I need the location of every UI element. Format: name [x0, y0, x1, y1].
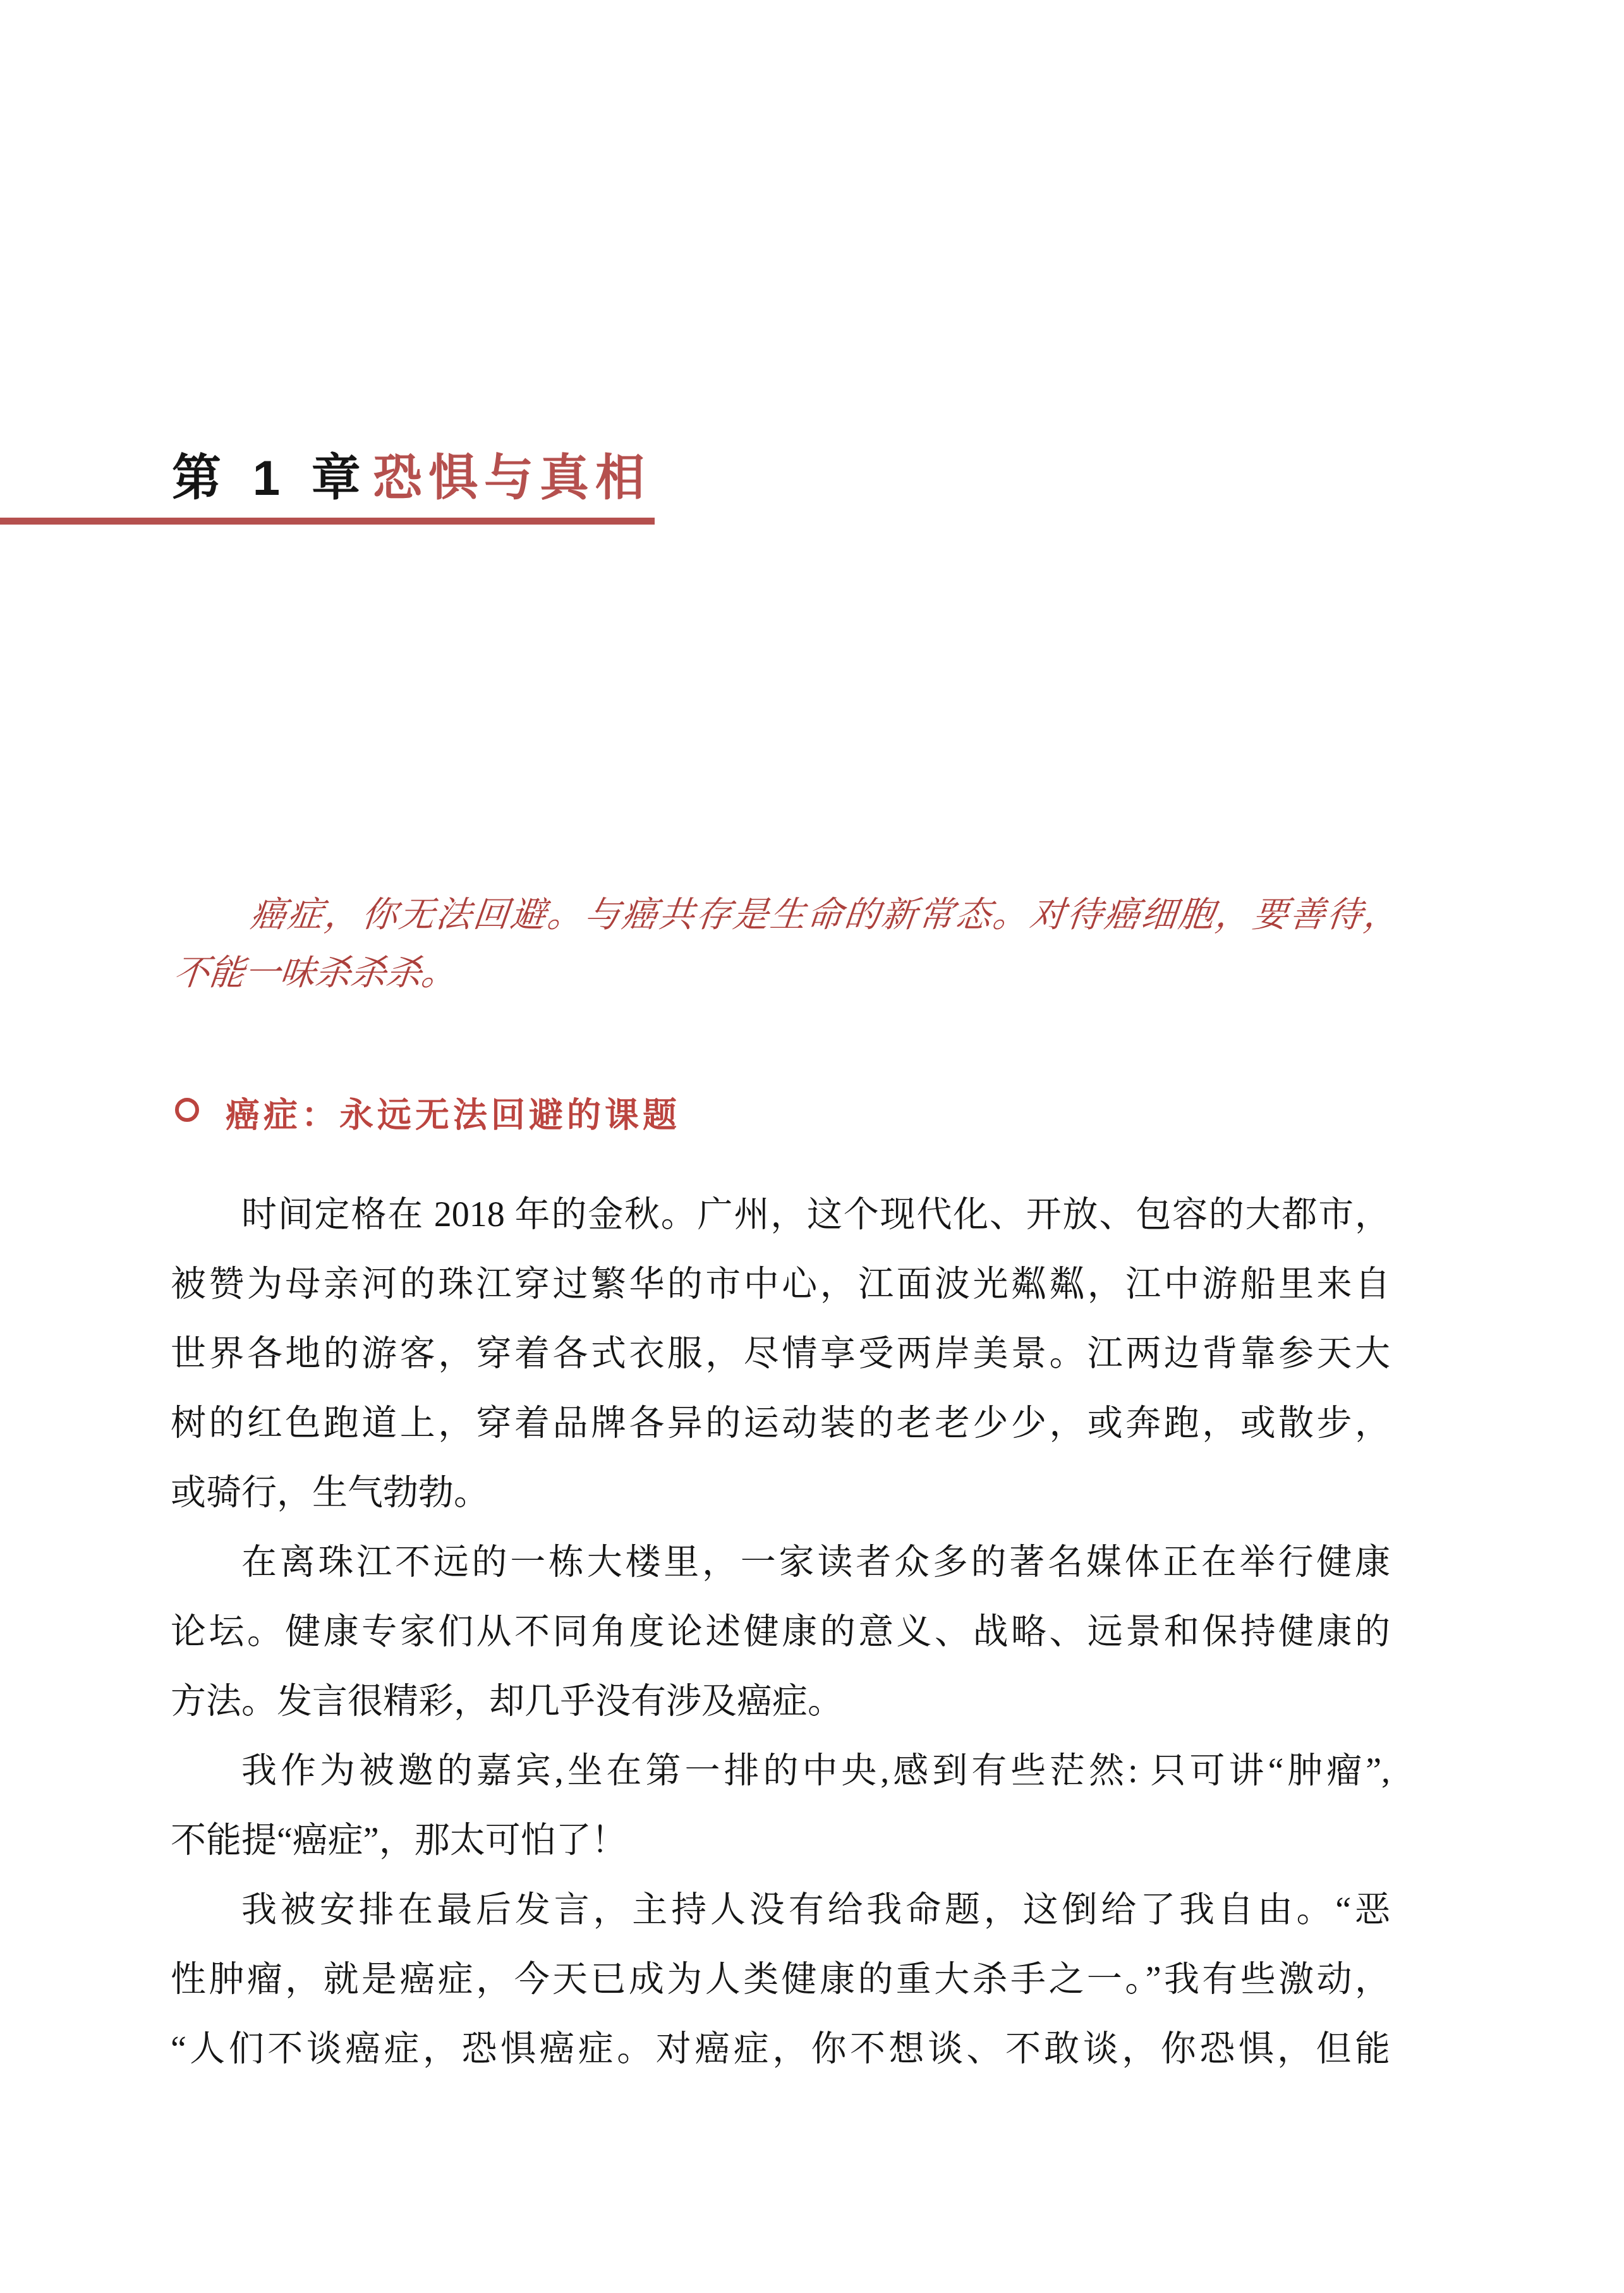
- chapter-rule-divider: [0, 518, 655, 525]
- paragraph-line: 我作为被邀的嘉宾,坐在第一排的中央,感到有些茫然: 只可讲“肿瘤”,: [171, 1736, 1390, 1806]
- paragraph-line: 世界各地的游客，穿着各式衣服，尽情享受两岸美景。江两边背靠参天大: [171, 1319, 1390, 1389]
- section-title: 癌症：永远无法回避的课题: [226, 1088, 681, 1137]
- paragraph-line: 方法。发言很精彩，却几乎没有涉及癌症。: [171, 1667, 1390, 1736]
- paragraph-line: 论坛。健康专家们从不同角度论述健康的意义、战略、远景和保持健康的: [171, 1597, 1390, 1667]
- paragraph-line: 不能提“癌症”，那太可怕了！: [171, 1806, 1390, 1875]
- body-text: 时间定格在 2018 年的金秋。广州，这个现代化、开放、包容的大都市， 被赞为母…: [171, 1180, 1390, 2084]
- epigraph: 癌症，你无法回避。与癌共存是生命的新常态。对待癌细胞，要善待， 不能一味杀杀杀。: [171, 886, 1402, 1002]
- section-heading: 癌症：永远无法回避的课题: [175, 1088, 681, 1139]
- chapter-number: 第 1 章: [172, 446, 370, 509]
- chapter-title: 恐惧与真相: [373, 446, 651, 509]
- chapter-header: 第 1 章 恐惧与真相: [0, 446, 1624, 509]
- epigraph-line: 不能一味杀杀杀。: [171, 944, 1397, 1002]
- paragraph-line: 或骑行，生气勃勃。: [171, 1458, 1390, 1528]
- paragraph-line: “人们不谈癌症，恐惧癌症。对癌症，你不想谈、不敢谈，你恐惧，但能: [171, 2014, 1390, 2084]
- paragraph-line: 我被安排在最后发言，主持人没有给我命题，这倒给了我自由。“恶: [171, 1875, 1390, 1945]
- paragraph-line: 时间定格在 2018 年的金秋。广州，这个现代化、开放、包容的大都市，: [171, 1180, 1390, 1250]
- book-page: 第 1 章 恐惧与真相 癌症，你无法回避。与癌共存是生命的新常态。对待癌细胞，要…: [0, 0, 1624, 2293]
- epigraph-line: 癌症，你无法回避。与癌共存是生命的新常态。对待癌细胞，要善待，: [177, 886, 1403, 944]
- paragraph-line: 性肿瘤，就是癌症，今天已成为人类健康的重大杀手之一。”我有些激动，: [171, 1945, 1390, 2014]
- paragraph-line: 在离珠江不远的一栋大楼里，一家读者众多的著名媒体正在举行健康: [171, 1528, 1390, 1597]
- circle-outline-icon: [175, 1098, 199, 1122]
- paragraph-line: 被赞为母亲河的珠江穿过繁华的市中心，江面波光粼粼，江中游船里来自: [171, 1250, 1390, 1319]
- paragraph-line: 树的红色跑道上，穿着品牌各异的运动装的老老少少，或奔跑，或散步，: [171, 1389, 1390, 1458]
